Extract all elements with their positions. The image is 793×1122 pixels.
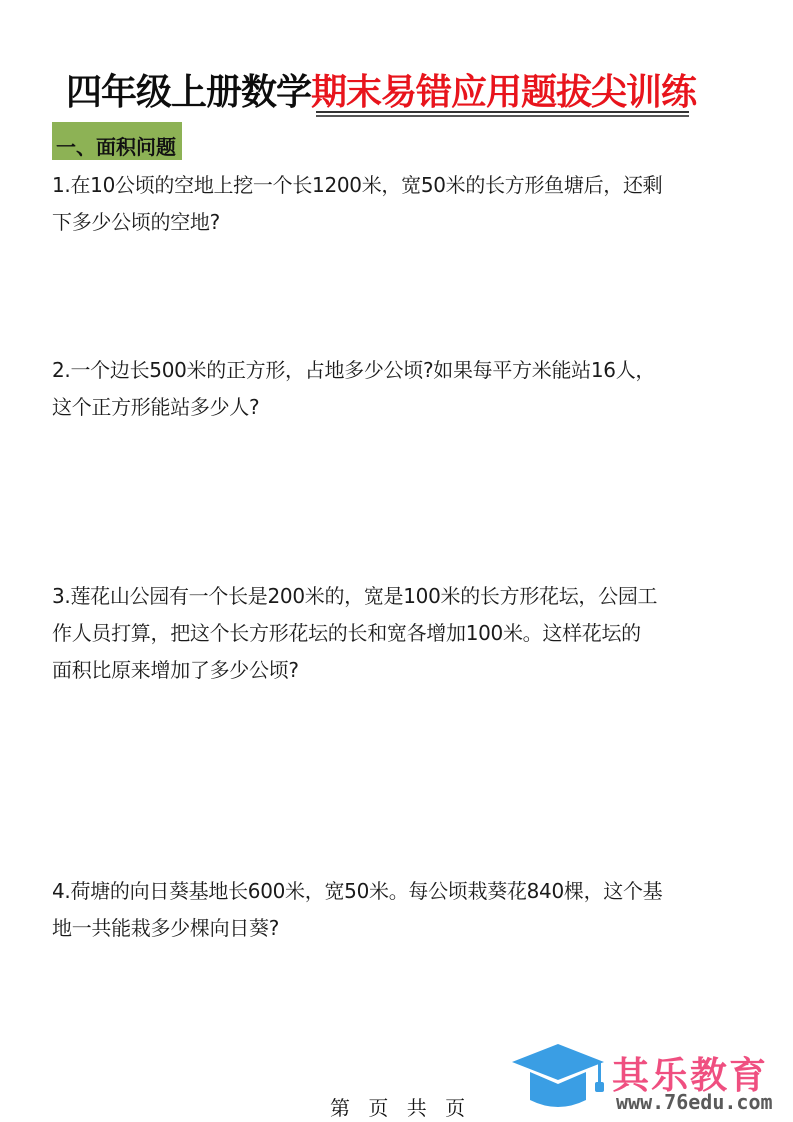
question-2: 2.一个边长500米的正方形，占地多少公顷?如果每平方米能站16人， 这个正方形… (52, 352, 742, 426)
graduation-cap-icon (510, 1040, 610, 1120)
question-line: 1.在10公顷的空地上挖一个长1200米，宽50米的长方形鱼塘后，还剩 (52, 167, 742, 204)
question-4: 4.荷塘的向日葵基地长600米，宽50米。每公顷栽葵花840棵，这个基 地一共能… (52, 873, 742, 947)
title-black-part: 四年级上册数学 (66, 72, 311, 113)
section-heading-area: 一、面积问题 (52, 122, 182, 160)
brand-logo: 其乐教育 www.76edu.com (510, 1040, 793, 1122)
question-line: 这个正方形能站多少人? (52, 389, 742, 426)
title-red-part: 期末易错应用题拔尖训练 (311, 70, 696, 116)
question-line: 作人员打算，把这个长方形花坛的长和宽各增加100米。这样花坛的 (52, 615, 742, 652)
page-footer: 第 页 共 页 (330, 1092, 471, 1121)
question-line: 下多少公顷的空地? (52, 204, 742, 241)
question-3: 3.莲花山公园有一个长是200米的，宽是100米的长方形花坛，公园工 作人员打算… (52, 578, 742, 689)
question-line: 地一共能栽多少棵向日葵? (52, 910, 742, 947)
question-line: 面积比原来增加了多少公顷? (52, 652, 742, 689)
title-double-underline (316, 111, 689, 117)
question-line: 2.一个边长500米的正方形，占地多少公顷?如果每平方米能站16人， (52, 352, 742, 389)
brand-url: www.76edu.com (616, 1090, 773, 1114)
document-title: 四年级上册数学期末易错应用题拔尖训练 (66, 70, 696, 116)
question-line: 3.莲花山公园有一个长是200米的，宽是100米的长方形花坛，公园工 (52, 578, 742, 615)
question-line: 4.荷塘的向日葵基地长600米，宽50米。每公顷栽葵花840棵，这个基 (52, 873, 742, 910)
question-1: 1.在10公顷的空地上挖一个长1200米，宽50米的长方形鱼塘后，还剩 下多少公… (52, 167, 742, 241)
